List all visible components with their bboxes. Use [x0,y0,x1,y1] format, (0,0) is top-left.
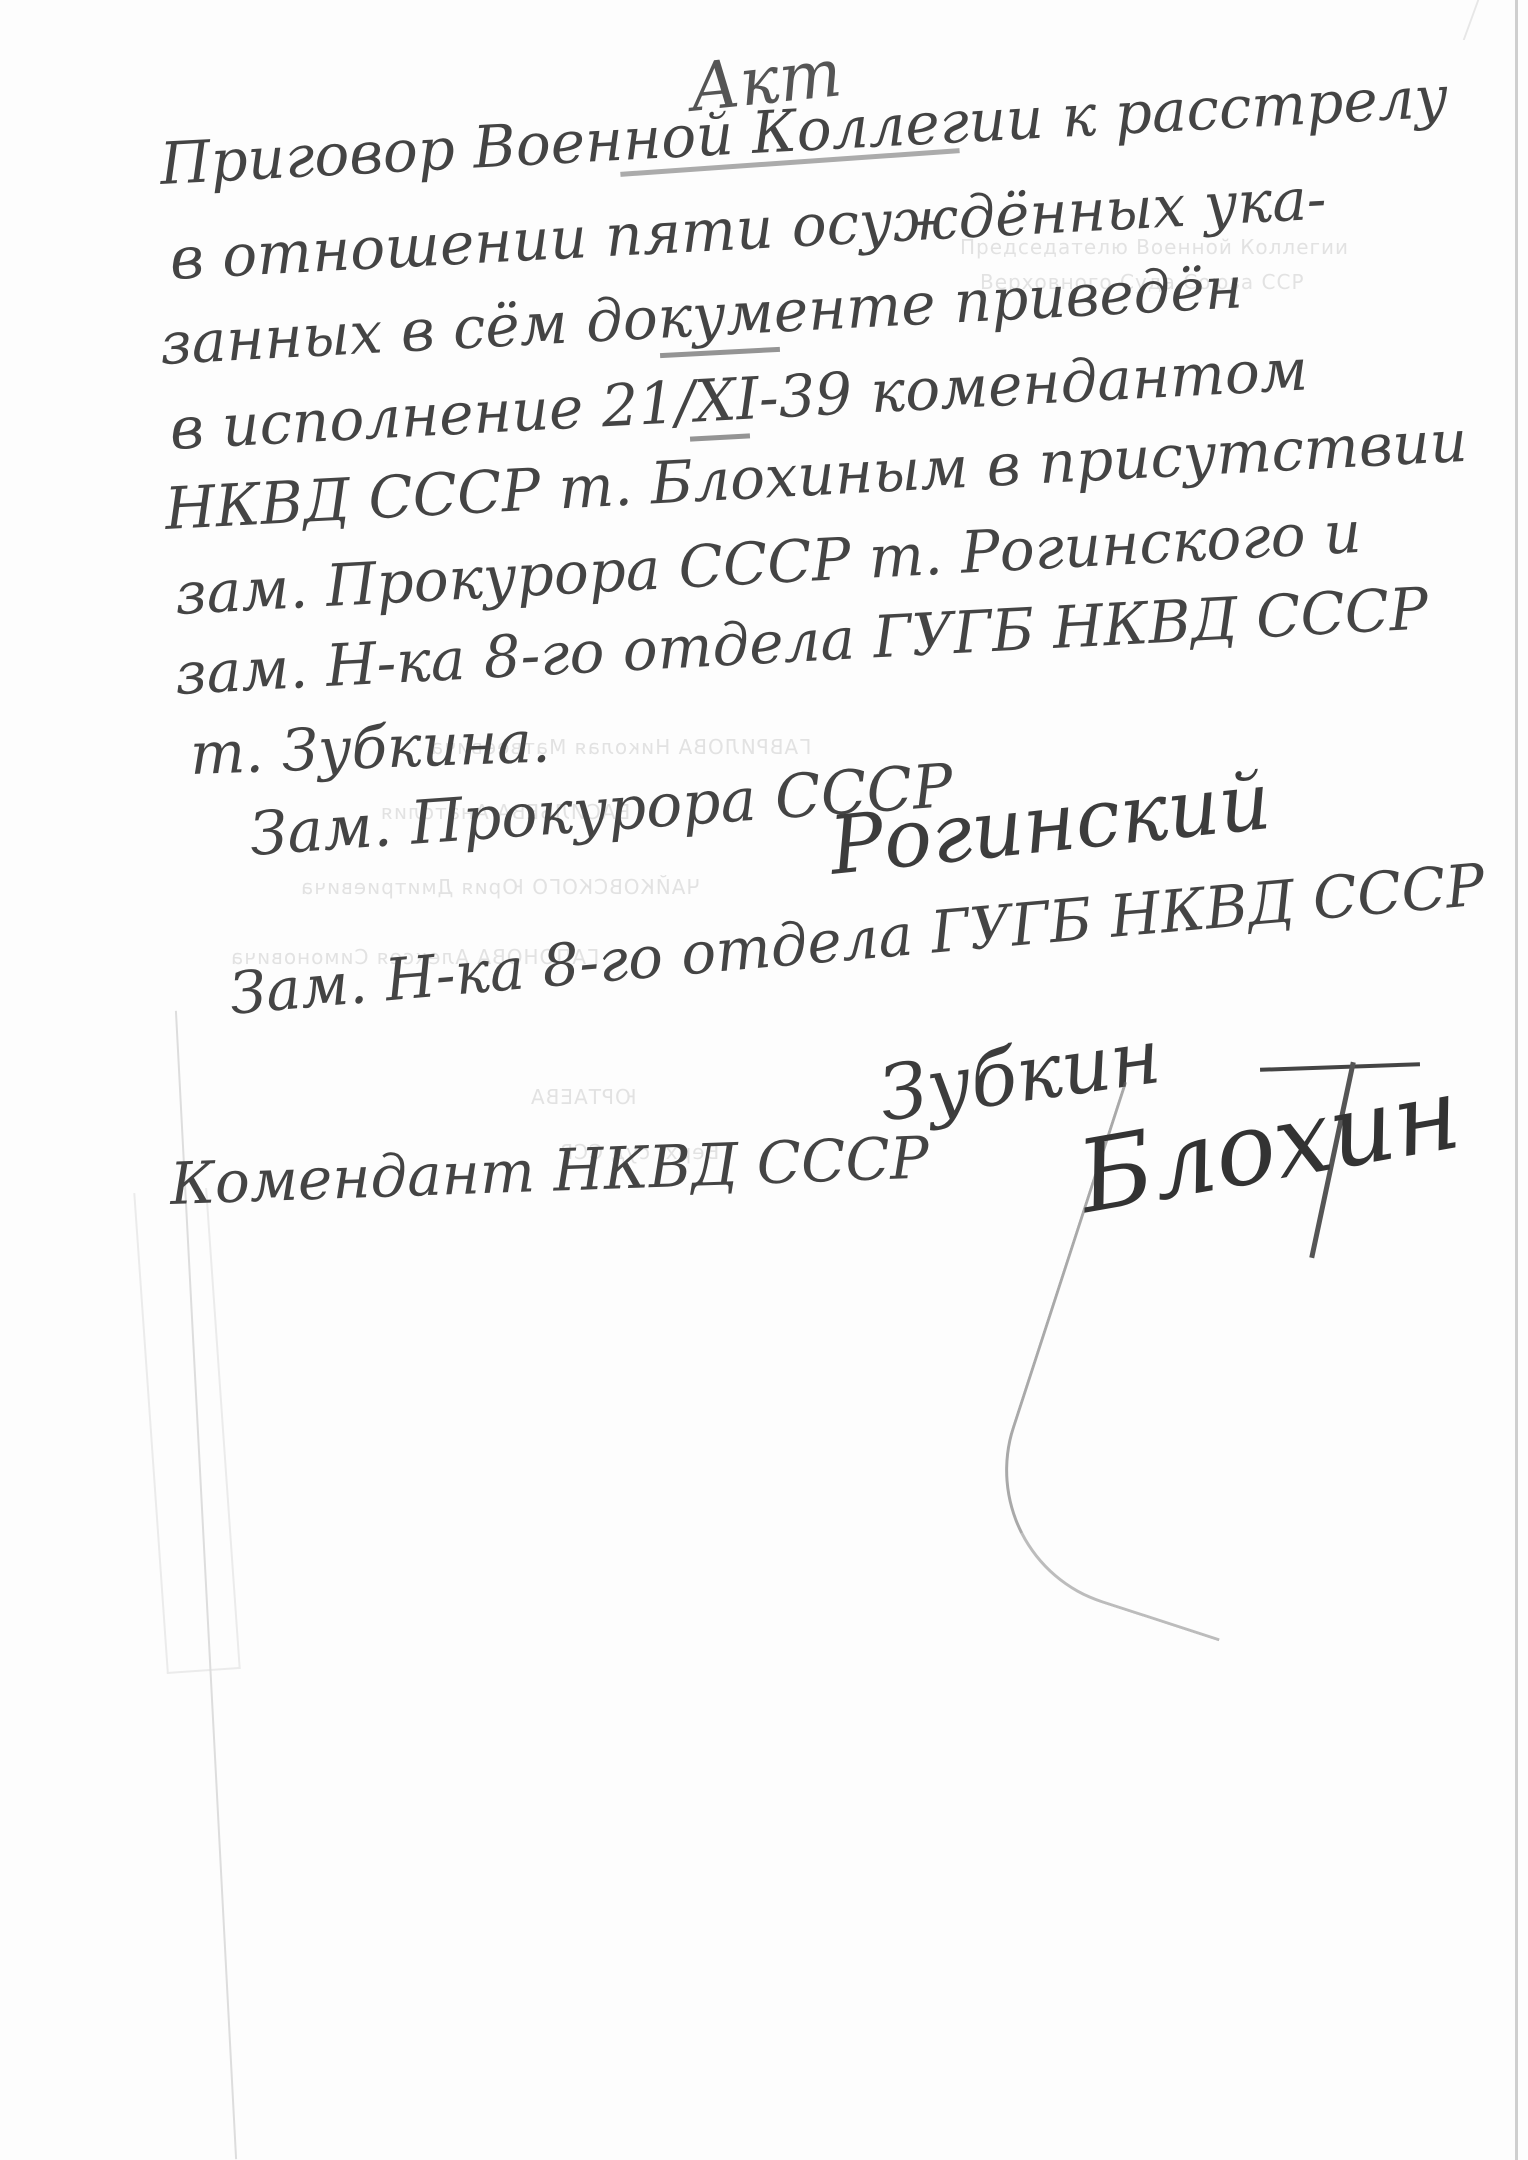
ghost-line: ЮРТАЕВА [530,1085,637,1109]
ghost-line: ЧАЙКОВСКОГО Юрия Дмитриевича [300,875,700,899]
body-line-8: т. Зубкина. [189,707,551,788]
scanned-page: Председателю Военной Коллегии Верховного… [0,0,1528,2160]
